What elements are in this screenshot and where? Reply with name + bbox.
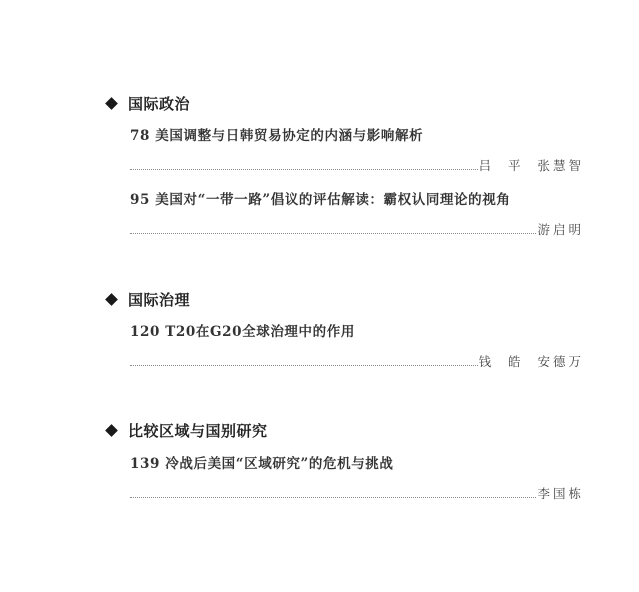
diamond-bullet-icon [105,97,118,110]
toc-entry-leader: 李国栋 [130,484,584,502]
toc-entry-authors: 游启明 [536,220,584,238]
toc-entry-title[interactable]: 120 T20在G20全球治理中的作用 [130,320,355,340]
section-title: 国际治理 [128,289,190,310]
leader-dots [130,233,536,234]
toc-entry-leader: 游启明 [130,220,584,238]
leader-dots [130,169,478,170]
toc-entry-leader: 钱 皓 安德万 [130,352,584,370]
toc-entry-leader: 吕 平 张慧智 [130,156,584,174]
section-heading-international-politics: 国际政治 [105,93,190,114]
toc-entry-authors: 吕 平 张慧智 [478,156,584,174]
leader-dots [130,365,478,366]
toc-entry-title[interactable]: 139 冷战后美国“区域研究”的危机与挑战 [130,452,394,472]
section-title: 国际政治 [128,93,190,114]
diamond-bullet-icon [105,424,118,437]
section-title: 比较区域与国别研究 [128,420,268,441]
section-heading-comparative-regional-studies: 比较区域与国别研究 [105,420,268,441]
diamond-bullet-icon [105,293,118,306]
toc-entry-authors: 李国栋 [536,484,584,502]
toc-entry-title[interactable]: 78 美国调整与日韩贸易协定的内涵与影响解析 [130,124,423,144]
leader-dots [130,497,536,498]
section-heading-international-governance: 国际治理 [105,289,190,310]
toc-entry-authors: 钱 皓 安德万 [478,352,584,370]
toc-entry-title[interactable]: 95 美国对“一带一路”倡议的评估解读：霸权认同理论的视角 [130,188,510,208]
